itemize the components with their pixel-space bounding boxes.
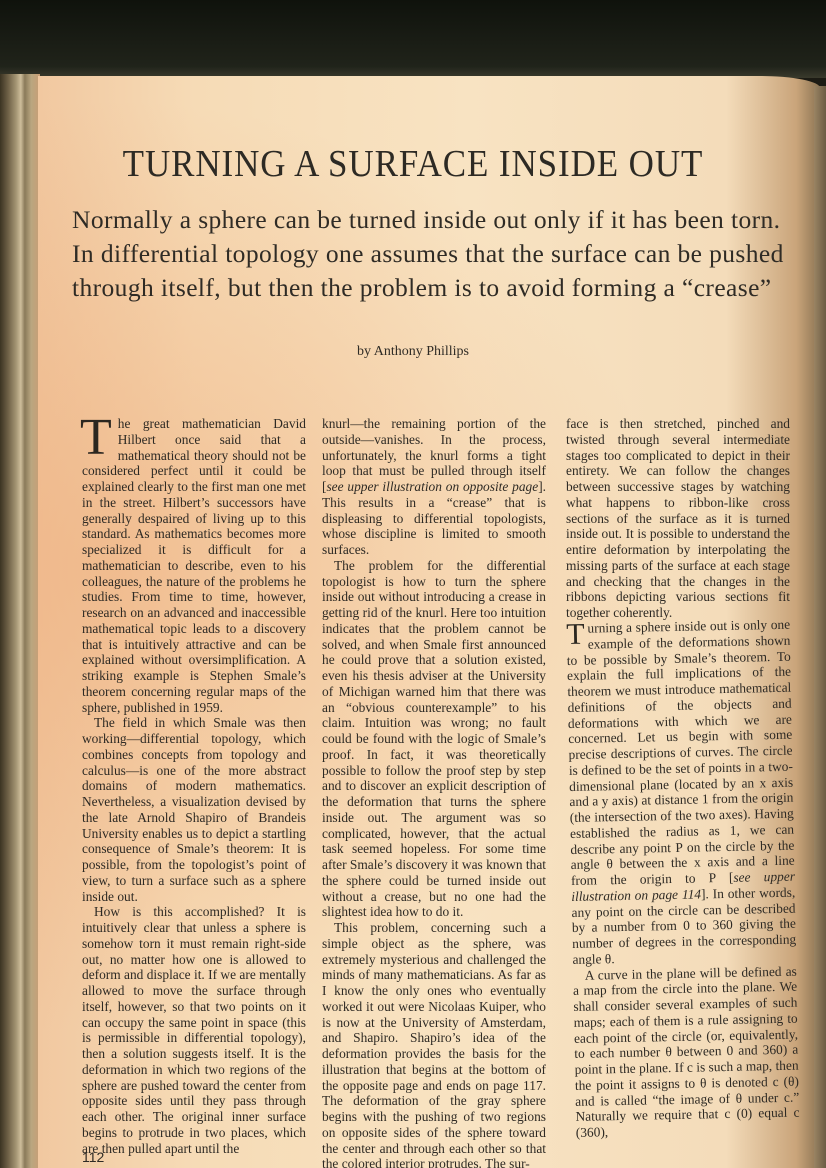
paragraph: knurl—the remaining portion of the outsi… bbox=[322, 416, 546, 558]
page-number: 112 bbox=[82, 1149, 104, 1165]
dek-line: In differential topology one assumes tha… bbox=[72, 237, 824, 271]
paragraph: The field in which Smale was then workin… bbox=[82, 715, 306, 904]
paragraph: A curve in the plane will be defined as … bbox=[573, 963, 800, 1141]
drop-cap: T bbox=[566, 622, 585, 646]
text-column-2: knurl—the remaining portion of the outsi… bbox=[322, 416, 546, 1168]
dek-line: Normally a sphere can be turned inside o… bbox=[72, 203, 824, 237]
paragraph: face is then stretched, pinched and twis… bbox=[566, 416, 790, 621]
paragraph: How is this accomplished? It is intuitiv… bbox=[82, 904, 306, 1156]
drop-cap: T bbox=[80, 418, 112, 458]
paragraph: The problem for the differential topolog… bbox=[322, 558, 546, 920]
text-column-1: The great mathematician David Hilbert on… bbox=[82, 416, 306, 1156]
figure-reference: see upper illustration on opposite page bbox=[326, 479, 538, 494]
text-column-3: face is then stretched, pinched and twis… bbox=[566, 416, 790, 1141]
dek-line: through itself, but then the problem is … bbox=[72, 271, 824, 305]
paragraph: The great mathematician David Hilbert on… bbox=[82, 416, 306, 715]
article-dek: Normally a sphere can be turned inside o… bbox=[72, 203, 824, 305]
scanner-background-top bbox=[0, 0, 826, 78]
book-page-stack-edge bbox=[0, 74, 40, 1168]
article-title: TURNING A SURFACE INSIDE OUT bbox=[33, 142, 793, 186]
paragraph: This problem, concerning such a simple o… bbox=[322, 920, 546, 1168]
paragraph: Turning a sphere inside out is only one … bbox=[566, 616, 797, 967]
byline: by Anthony Phillips bbox=[0, 344, 826, 360]
